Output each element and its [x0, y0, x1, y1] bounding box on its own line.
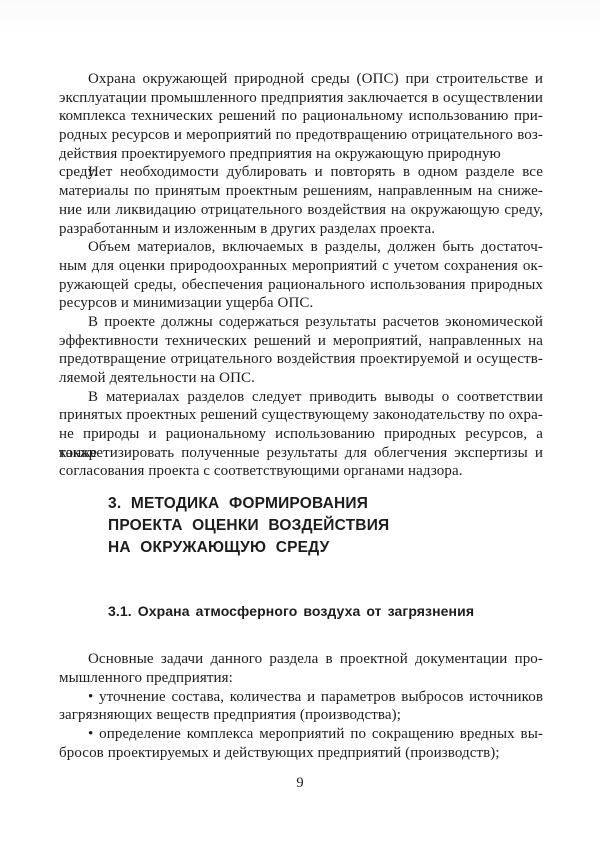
text-line: Нет необходимости дублировать и повторят… — [59, 163, 543, 182]
scan-shading — [0, 0, 600, 34]
text-line: родных ресурсов и мероприятий по предотв… — [59, 126, 543, 145]
text-line: Охрана окружающей природной среды (ОПС) … — [59, 70, 543, 89]
section-heading: 3. МЕТОДИКА ФОРМИРОВАНИЯПРОЕКТА ОЦЕНКИ В… — [59, 493, 543, 559]
paragraph: Объем материалов, включаемых в разделы, … — [59, 238, 543, 313]
text-line: ружающей среды, обеспечения рациональног… — [59, 276, 543, 295]
paragraph: • определение комплекса мероприятий по с… — [59, 725, 543, 762]
text-line: мышленного предприятия: — [59, 669, 543, 688]
text-line: В материалах разделов следует приводить … — [59, 388, 543, 407]
text-line: 3.1. Охрана атмосферного воздуха от загр… — [108, 601, 543, 621]
text-line: Основные задачи данного раздела в проект… — [59, 650, 543, 669]
text-line: конкретизировать полученные результаты д… — [59, 444, 543, 463]
text-line: В проекте должны содержаться результаты … — [59, 313, 543, 332]
paragraph: Охрана окружающей природной среды (ОПС) … — [59, 70, 543, 163]
text-line: 3. МЕТОДИКА ФОРМИРОВАНИЯ — [108, 493, 543, 515]
scanned-document-page: Охрана окружающей природной среды (ОПС) … — [0, 0, 600, 849]
text-line: ПРОЕКТА ОЦЕНКИ ВОЗДЕЙСТВИЯ — [108, 515, 543, 537]
text-line: разработанным и изложенным в других разд… — [59, 220, 543, 239]
text-line: согласования проекта с соответствующими … — [59, 462, 543, 481]
text-line: НА ОКРУЖАЮЩУЮ СРЕДУ — [108, 537, 543, 559]
text-line: бросов проектируемых и действующих предп… — [59, 744, 543, 763]
text-line: ляемой деятельности на ОПС. — [59, 369, 543, 388]
text-line: принятых проектных решений существующему… — [59, 406, 543, 425]
text-line: действия проектируемого предприятия на о… — [59, 145, 543, 164]
paragraph: Основные задачи данного раздела в проект… — [59, 650, 543, 687]
text-line: материалы по принятым проектным решениям… — [59, 182, 543, 201]
paragraph: В материалах разделов следует приводить … — [59, 388, 543, 481]
document-body: Охрана окружающей природной среды (ОПС) … — [59, 70, 543, 762]
text-line: ным для оценки природоохранных мероприят… — [59, 257, 543, 276]
text-line: ние или ликвидацию отрицательного воздей… — [59, 201, 543, 220]
text-line: комплекса технических решений по рациона… — [59, 107, 543, 126]
subsection-heading: 3.1. Охрана атмосферного воздуха от загр… — [59, 601, 543, 621]
paragraph: Нет необходимости дублировать и повторят… — [59, 163, 543, 238]
text-line: ресурсов и минимизации ущерба ОПС. — [59, 294, 543, 313]
text-line: не природы и рациональному использованию… — [59, 425, 543, 444]
paragraph: В проекте должны содержаться результаты … — [59, 313, 543, 388]
paragraph: • уточнение состава, количества и параме… — [59, 688, 543, 725]
text-line: предотвращение отрицательного воздействи… — [59, 350, 543, 369]
text-line: эксплуатации промышленного предприятия з… — [59, 89, 543, 108]
text-line: • уточнение состава, количества и параме… — [59, 688, 543, 707]
text-line: Объем материалов, включаемых в разделы, … — [59, 238, 543, 257]
text-line: загрязняющих веществ предприятия (произв… — [59, 706, 543, 725]
text-line: эффективности технических решений и меро… — [59, 332, 543, 351]
page-number: 9 — [0, 775, 600, 792]
text-line: • определение комплекса мероприятий по с… — [59, 725, 543, 744]
